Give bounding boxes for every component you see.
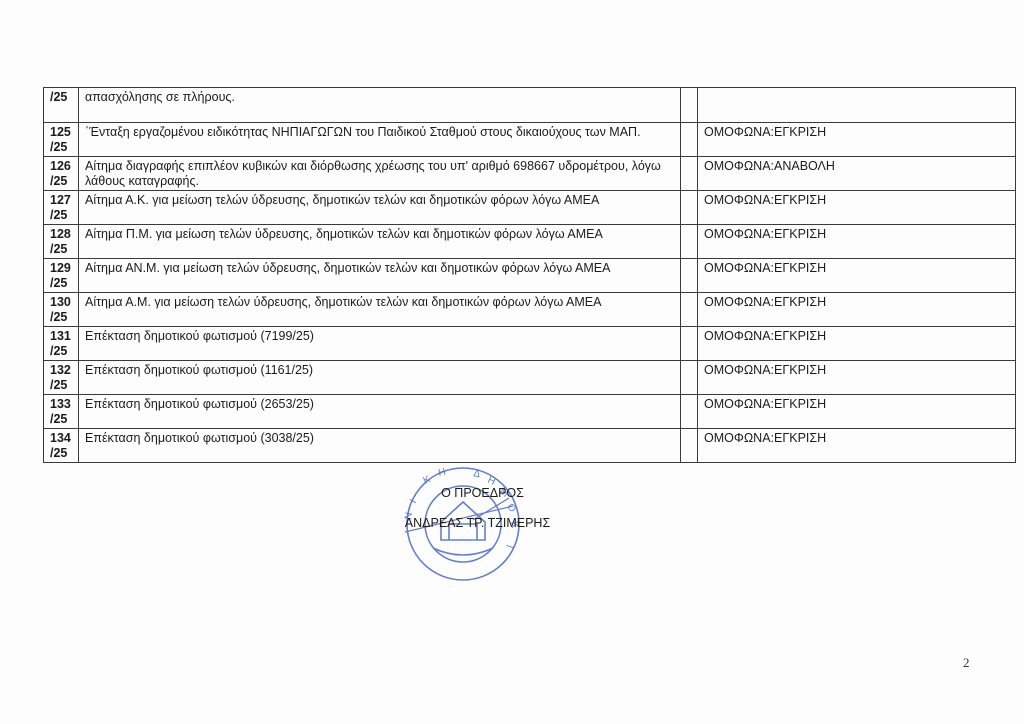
decision-number: 126 bbox=[50, 159, 72, 174]
subject-cell: Επέκταση δημοτικού φωτισμού (3038/25) bbox=[79, 429, 681, 463]
decision-cell: ΟΜΟΦΩΝΑ:ΕΓΚΡΙΣΗ bbox=[698, 361, 1016, 395]
spacer-cell bbox=[681, 123, 698, 157]
table-row: /25απασχόλησης σε πλήρους. bbox=[44, 88, 1016, 123]
decision-number-cell: 126/25 bbox=[44, 157, 79, 191]
decision-number: 133 bbox=[50, 397, 72, 412]
spacer-cell bbox=[681, 157, 698, 191]
decision-year: /25 bbox=[50, 174, 72, 189]
decision-cell: ΟΜΟΦΩΝΑ:ΕΓΚΡΙΣΗ bbox=[698, 259, 1016, 293]
decision-year: /25 bbox=[50, 208, 72, 223]
decision-number: 132 bbox=[50, 363, 72, 378]
decision-cell: ΟΜΟΦΩΝΑ:ΕΓΚΡΙΣΗ bbox=[698, 191, 1016, 225]
subject-cell: απασχόλησης σε πλήρους. bbox=[79, 88, 681, 123]
decision-number-cell: 132/25 bbox=[44, 361, 79, 395]
decisions-table: /25απασχόλησης σε πλήρους.125/25΄Ένταξη … bbox=[43, 87, 1016, 463]
decision-cell: ΟΜΟΦΩΝΑ:ΕΓΚΡΙΣΗ bbox=[698, 123, 1016, 157]
decision-year: /25 bbox=[50, 242, 72, 257]
spacer-cell bbox=[681, 429, 698, 463]
decision-number: 134 bbox=[50, 431, 72, 446]
decision-cell: ΟΜΟΦΩΝΑ:ΕΓΚΡΙΣΗ bbox=[698, 429, 1016, 463]
table-row: 131/25Επέκταση δημοτικού φωτισμού (7199/… bbox=[44, 327, 1016, 361]
decision-number: 129 bbox=[50, 261, 72, 276]
decision-cell: ΟΜΟΦΩΝΑ:ΕΓΚΡΙΣΗ bbox=[698, 395, 1016, 429]
spacer-cell bbox=[681, 293, 698, 327]
decision-number-cell: 128/25 bbox=[44, 225, 79, 259]
spacer-cell bbox=[681, 361, 698, 395]
decision-number: 130 bbox=[50, 295, 72, 310]
decision-cell: ΟΜΟΦΩΝΑ:ΕΓΚΡΙΣΗ bbox=[698, 327, 1016, 361]
decision-cell: ΟΜΟΦΩΝΑ:ΕΓΚΡΙΣΗ bbox=[698, 225, 1016, 259]
subject-cell: Αίτημα διαγραφής επιπλέον κυβικών και δι… bbox=[79, 157, 681, 191]
table-row: 127/25Αίτημα Α.Κ. για μείωση τελών ύδρευ… bbox=[44, 191, 1016, 225]
table-row: 133/25Επέκταση δημοτικού φωτισμού (2653/… bbox=[44, 395, 1016, 429]
decision-number-cell: 127/25 bbox=[44, 191, 79, 225]
svg-text:Δ: Δ bbox=[472, 468, 481, 480]
decision-year: /25 bbox=[50, 276, 72, 291]
table-row: 134/25Επέκταση δημοτικού φωτισμού (3038/… bbox=[44, 429, 1016, 463]
decision-number-cell: 131/25 bbox=[44, 327, 79, 361]
document-page: /25απασχόλησης σε πλήρους.125/25΄Ένταξη … bbox=[0, 0, 1024, 724]
decision-year: /25 bbox=[50, 140, 72, 155]
signatory-name: ΑΝΔΡΕΑΣ ΤΡ. ΤΖΙΜΕΡΗΣ bbox=[385, 516, 570, 530]
decision-number: 127 bbox=[50, 193, 72, 208]
decision-number-cell: /25 bbox=[44, 88, 79, 123]
table-row: 128/25Αίτημα Π.Μ. για μείωση τελών ύδρευ… bbox=[44, 225, 1016, 259]
decision-number-cell: 133/25 bbox=[44, 395, 79, 429]
table-row: 126/25Αίτημα διαγραφής επιπλέον κυβικών … bbox=[44, 157, 1016, 191]
spacer-cell bbox=[681, 88, 698, 123]
decision-year: /25 bbox=[50, 310, 72, 325]
spacer-cell bbox=[681, 259, 698, 293]
subject-cell: Επέκταση δημοτικού φωτισμού (2653/25) bbox=[79, 395, 681, 429]
subject-cell: Επέκταση δημοτικού φωτισμού (1161/25) bbox=[79, 361, 681, 395]
decision-year: /25 bbox=[50, 446, 72, 461]
decision-cell: ΟΜΟΦΩΝΑ:ΕΓΚΡΙΣΗ bbox=[698, 293, 1016, 327]
table-row: 132/25Επέκταση δημοτικού φωτισμού (1161/… bbox=[44, 361, 1016, 395]
spacer-cell bbox=[681, 395, 698, 429]
page-number: 2 bbox=[963, 655, 970, 671]
subject-cell: ΄Ένταξη εργαζομένου ειδικότητας ΝΗΠΙΑΓΩΓ… bbox=[79, 123, 681, 157]
decision-year: /25 bbox=[50, 90, 72, 105]
decision-number-cell: 125/25 bbox=[44, 123, 79, 157]
decision-number-cell: 129/25 bbox=[44, 259, 79, 293]
subject-cell: Αίτημα Α.Μ. για μείωση τελών ύδρευσης, δ… bbox=[79, 293, 681, 327]
spacer-cell bbox=[681, 225, 698, 259]
subject-cell: Αίτημα Π.Μ. για μείωση τελών ύδρευσης, δ… bbox=[79, 225, 681, 259]
decision-number-cell: 134/25 bbox=[44, 429, 79, 463]
table-row: 129/25Αίτημα ΑΝ.Μ. για μείωση τελών ύδρε… bbox=[44, 259, 1016, 293]
decision-number: 125 bbox=[50, 125, 72, 140]
decision-number: 128 bbox=[50, 227, 72, 242]
decision-year: /25 bbox=[50, 344, 72, 359]
decision-number-cell: 130/25 bbox=[44, 293, 79, 327]
svg-text:Ι: Ι bbox=[503, 543, 514, 549]
decision-number: 131 bbox=[50, 329, 72, 344]
svg-text:Η: Η bbox=[437, 467, 446, 479]
signatory-title: Ο ΠΡΟΕΔΡΟΣ bbox=[385, 486, 570, 500]
subject-cell: Αίτημα Α.Κ. για μείωση τελών ύδρευσης, δ… bbox=[79, 191, 681, 225]
table-row: 130/25Αίτημα Α.Μ. για μείωση τελών ύδρευ… bbox=[44, 293, 1016, 327]
spacer-cell bbox=[681, 327, 698, 361]
subject-cell: Επέκταση δημοτικού φωτισμού (7199/25) bbox=[79, 327, 681, 361]
signature-block: Ο ΠΡΟΕΔΡΟΣ ΑΝΔΡΕΑΣ ΤΡ. ΤΖΙΜΕΡΗΣ bbox=[385, 486, 570, 530]
spacer-cell bbox=[681, 191, 698, 225]
decision-cell bbox=[698, 88, 1016, 123]
subject-cell: Αίτημα ΑΝ.Μ. για μείωση τελών ύδρευσης, … bbox=[79, 259, 681, 293]
decision-cell: ΟΜΟΦΩΝΑ:ΑΝΑΒΟΛΗ bbox=[698, 157, 1016, 191]
table-row: 125/25΄Ένταξη εργαζομένου ειδικότητας ΝΗ… bbox=[44, 123, 1016, 157]
decision-year: /25 bbox=[50, 412, 72, 427]
decision-year: /25 bbox=[50, 378, 72, 393]
